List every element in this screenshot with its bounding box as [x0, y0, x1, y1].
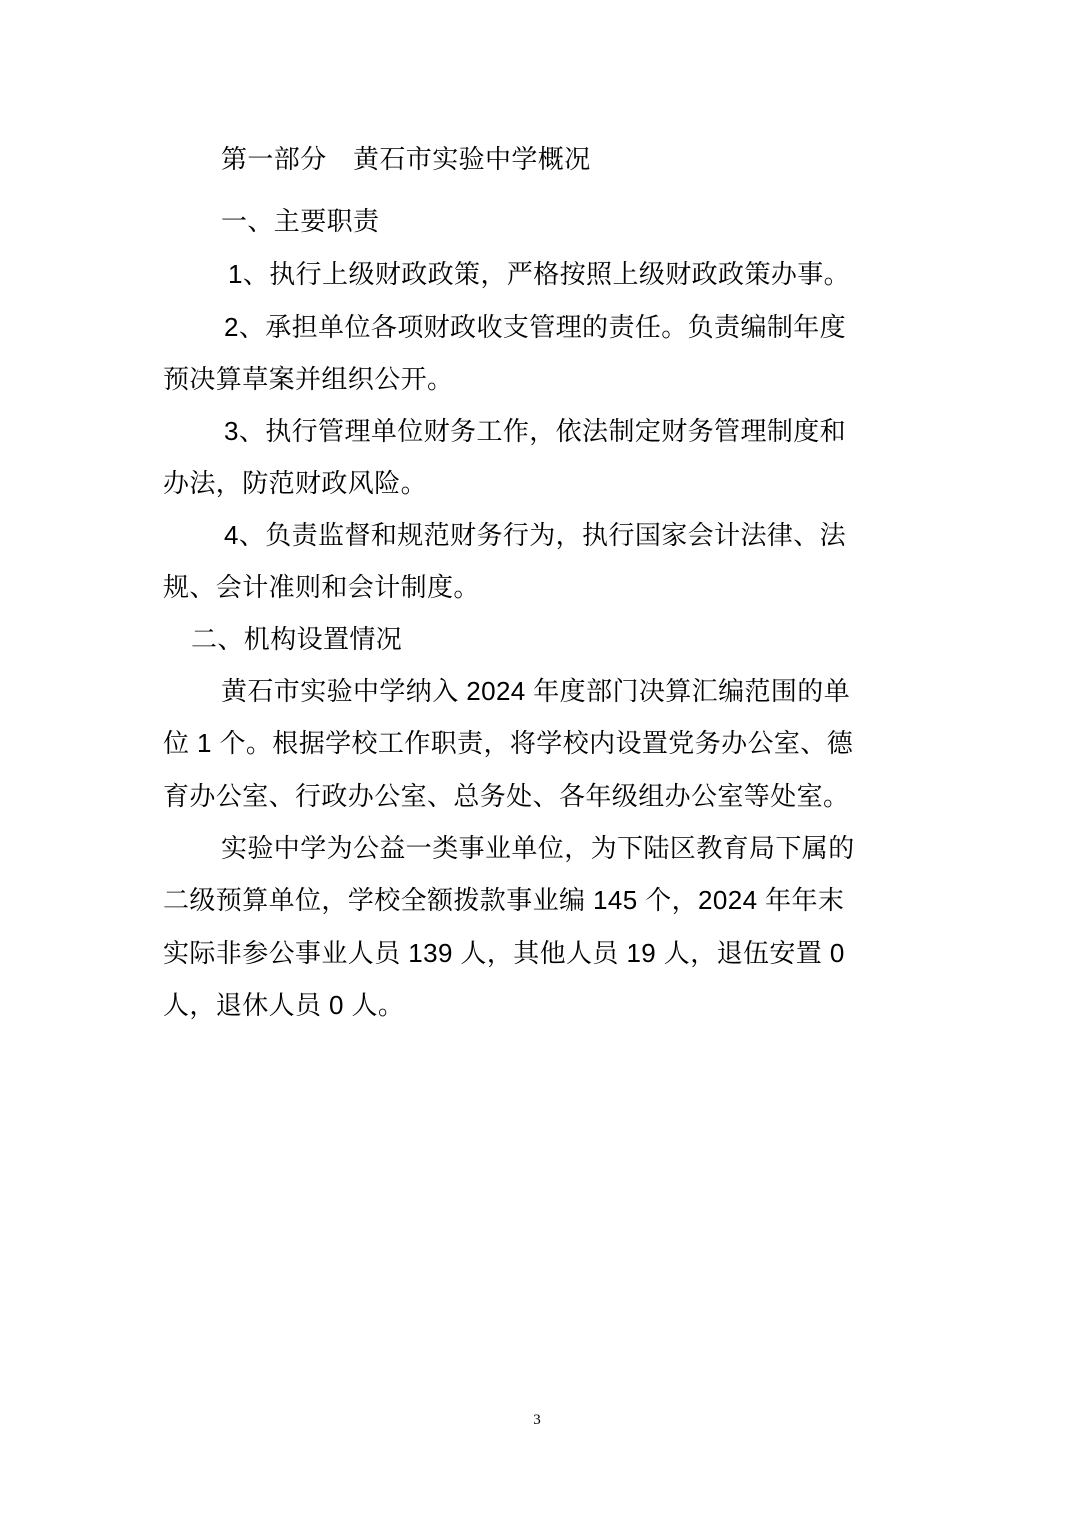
org-paragraph-1-line-2: 位 1 个。根据学校工作职责，将学校内设置党务办公室、德: [163, 727, 853, 759]
duty-item-1: 1、执行上级财政政策，严格按照上级财政政策办事。: [228, 258, 850, 290]
duty-item-3-line-1: 3、执行管理单位财务工作，依法制定财务管理制度和: [224, 415, 846, 447]
section-heading-organization: 二、机构设置情况: [191, 623, 402, 655]
org-paragraph-1-line-3: 育办公室、行政办公室、总务处、各年级组办公室等处室。: [163, 780, 849, 812]
org-paragraph-2-line-3: 实际非参公事业人员 139 人，其他人员 19 人，退伍安置 0: [163, 937, 845, 969]
org-paragraph-1-line-1: 黄石市实验中学纳入 2024 年度部门决算汇编范围的单: [221, 675, 850, 707]
duty-item-3-line-2: 办法，防范财政风险。: [163, 467, 427, 499]
org-paragraph-2-line-2: 二级预算单位，学校全额拨款事业编 145 个，2024 年年末: [163, 884, 844, 916]
part-title: 第一部分 黄石市实验中学概况: [221, 143, 591, 175]
duty-item-2-line-1: 2、承担单位各项财政收支管理的责任。负责编制年度: [224, 311, 846, 343]
page-number: 3: [0, 1412, 1074, 1429]
section-heading-duties: 一、主要职责: [221, 205, 379, 237]
org-paragraph-2-line-4: 人，退休人员 0 人。: [163, 989, 404, 1021]
duty-item-4-line-1: 4、负责监督和规范财务行为，执行国家会计法律、法: [224, 519, 846, 551]
duty-item-4-line-2: 规、会计准则和会计制度。: [163, 571, 480, 603]
duty-item-2-line-2: 预决算草案并组织公开。: [163, 363, 453, 395]
org-paragraph-2-line-1: 实验中学为公益一类事业单位，为下陆区教育局下属的: [221, 832, 855, 864]
